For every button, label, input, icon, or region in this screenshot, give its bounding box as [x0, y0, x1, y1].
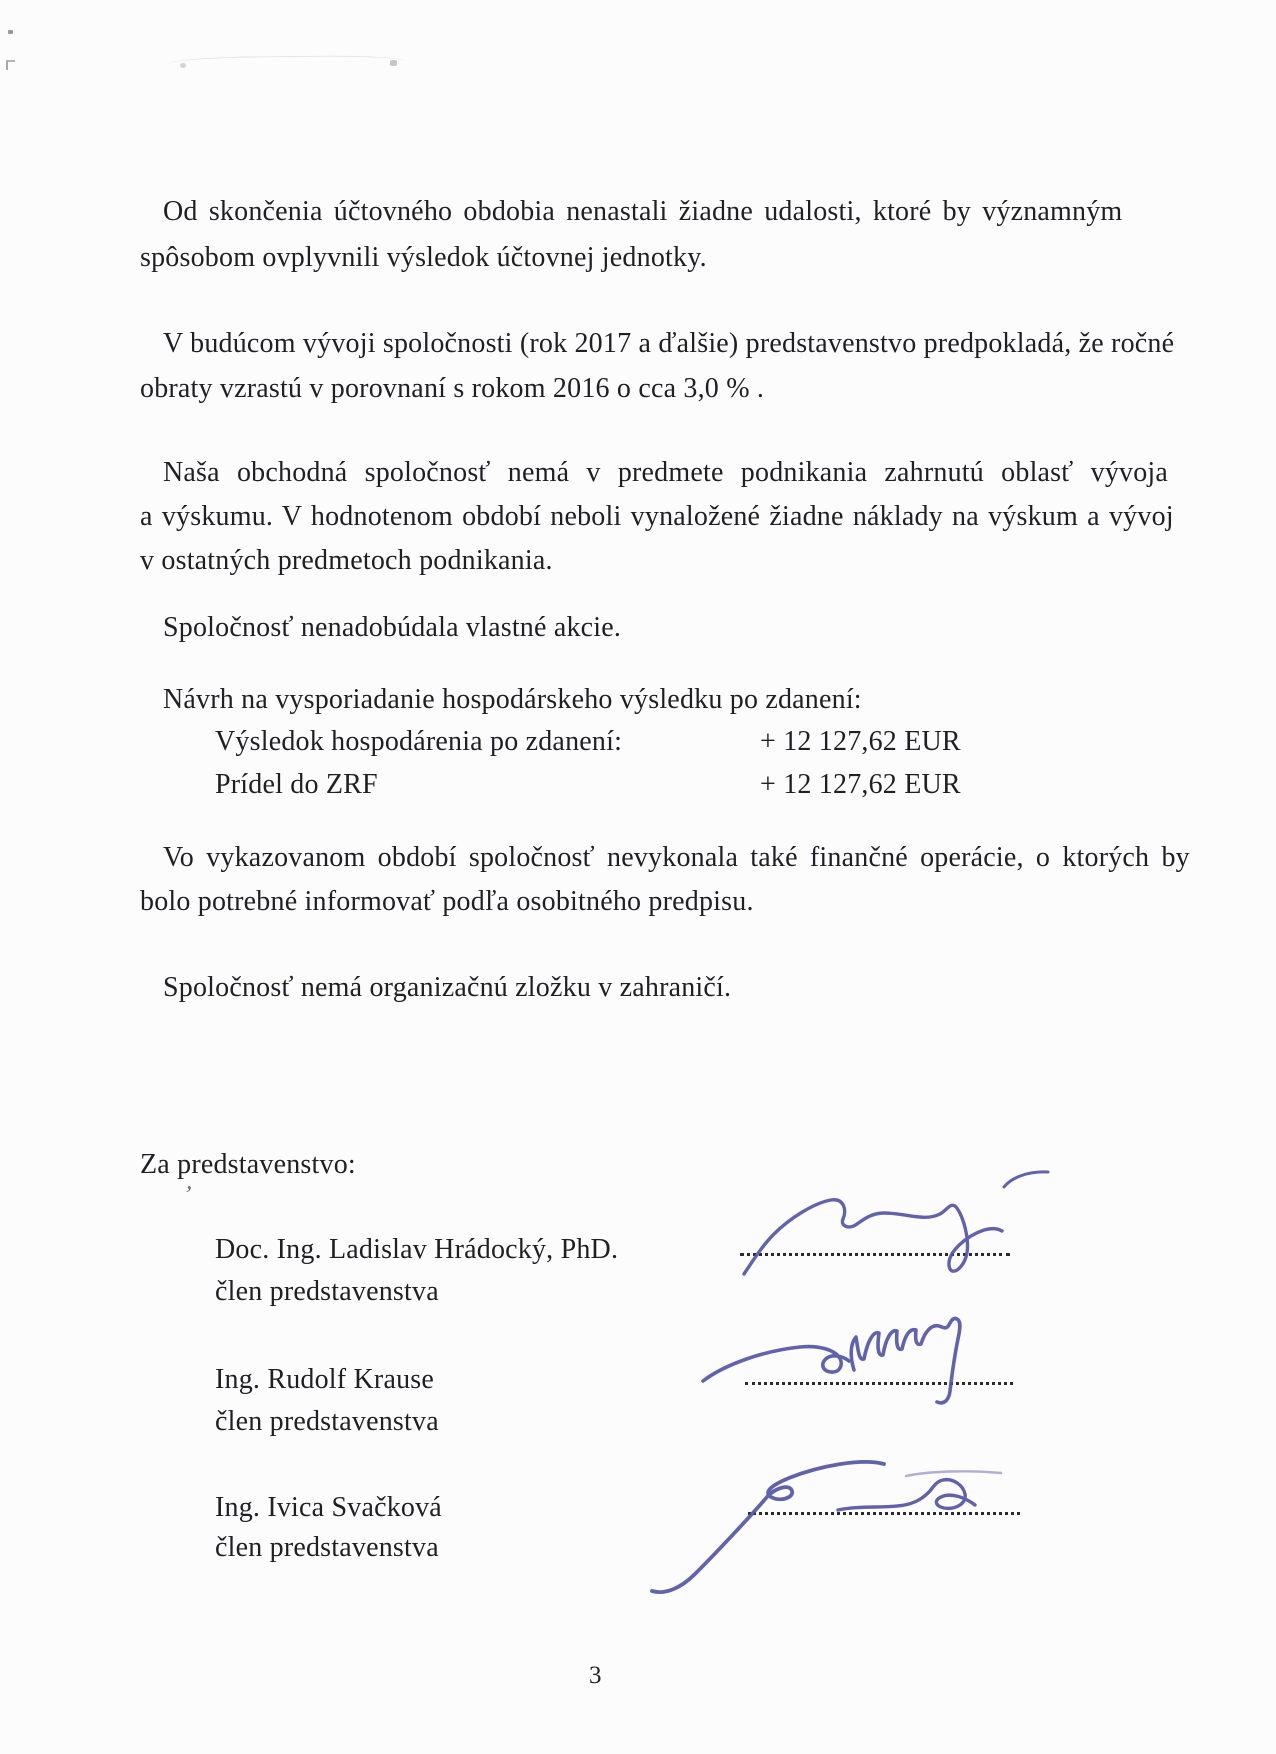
scan-scratch — [168, 55, 406, 70]
paragraph-events-line-1: Od skončenia účtovného obdobia nenastali… — [163, 195, 1122, 229]
paragraph-financial-ops-line-2: bolo potrebné informovať podľa osobitnéh… — [140, 885, 754, 919]
page-number: 3 — [589, 1662, 602, 1690]
paragraph-research-line-1: Naša obchodná spoločnosť nemá v predmete… — [163, 456, 1168, 490]
paragraph-outlook-line-2: obraty vzrastú v porovnaní s rokom 2016 … — [140, 372, 764, 406]
signature-svackova — [652, 1462, 1001, 1592]
signature-krause — [703, 1318, 960, 1402]
scan-speck — [8, 30, 13, 34]
resolution-row-value: + 12 127,62 EUR — [760, 725, 961, 759]
scanned-report-page: Od skončenia účtovného obdobia nenastali… — [0, 0, 1276, 1754]
paragraph-foreign-branch: Spoločnosť nemá organizačnú zložku v zah… — [163, 971, 731, 1005]
signature-hradocky — [744, 1172, 1048, 1274]
signatory-name: Doc. Ing. Ladislav Hrádocký, PhD. — [215, 1233, 618, 1267]
resolution-row-label: Prídel do ZRF — [215, 768, 378, 802]
closing-intro: Za predstavenstvo: — [140, 1148, 356, 1182]
paragraph-outlook-line-1: V budúcom vývoji spoločnosti (rok 2017 a… — [163, 327, 1174, 361]
signatory-name: Ing. Ivica Svačková — [215, 1491, 442, 1525]
scan-speck — [180, 63, 186, 68]
signatory-name: Ing. Rudolf Krause — [215, 1363, 434, 1397]
scan-speck — [390, 60, 397, 66]
signatory-role: člen predstavenstva — [215, 1275, 439, 1309]
signatory-role: člen predstavenstva — [215, 1405, 439, 1439]
signatory-role: člen predstavenstva — [215, 1531, 439, 1565]
resolution-row-label: Výsledok hospodárenia po zdanení: — [215, 725, 622, 759]
paragraph-events-line-2: spôsobom ovplyvnili výsledok účtovnej je… — [140, 241, 707, 275]
resolution-heading: Návrh na vysporiadanie hospodárskeho výs… — [163, 683, 862, 717]
paragraph-research-line-3: v ostatných predmetoch podnikania. — [140, 544, 553, 578]
stray-pen-mark: ’ — [182, 1182, 194, 1210]
paragraph-financial-ops-line-1: Vo vykazovanom období spoločnosť nevykon… — [163, 841, 1190, 875]
paragraph-own-shares: Spoločnosť nenadobúdala vlastné akcie. — [163, 611, 621, 645]
scan-speck — [6, 60, 15, 70]
resolution-row-value: + 12 127,62 EUR — [760, 768, 961, 802]
handwritten-signatures — [600, 1150, 1100, 1620]
paragraph-research-line-2: a výskumu. V hodnotenom období neboli vy… — [140, 500, 1174, 534]
